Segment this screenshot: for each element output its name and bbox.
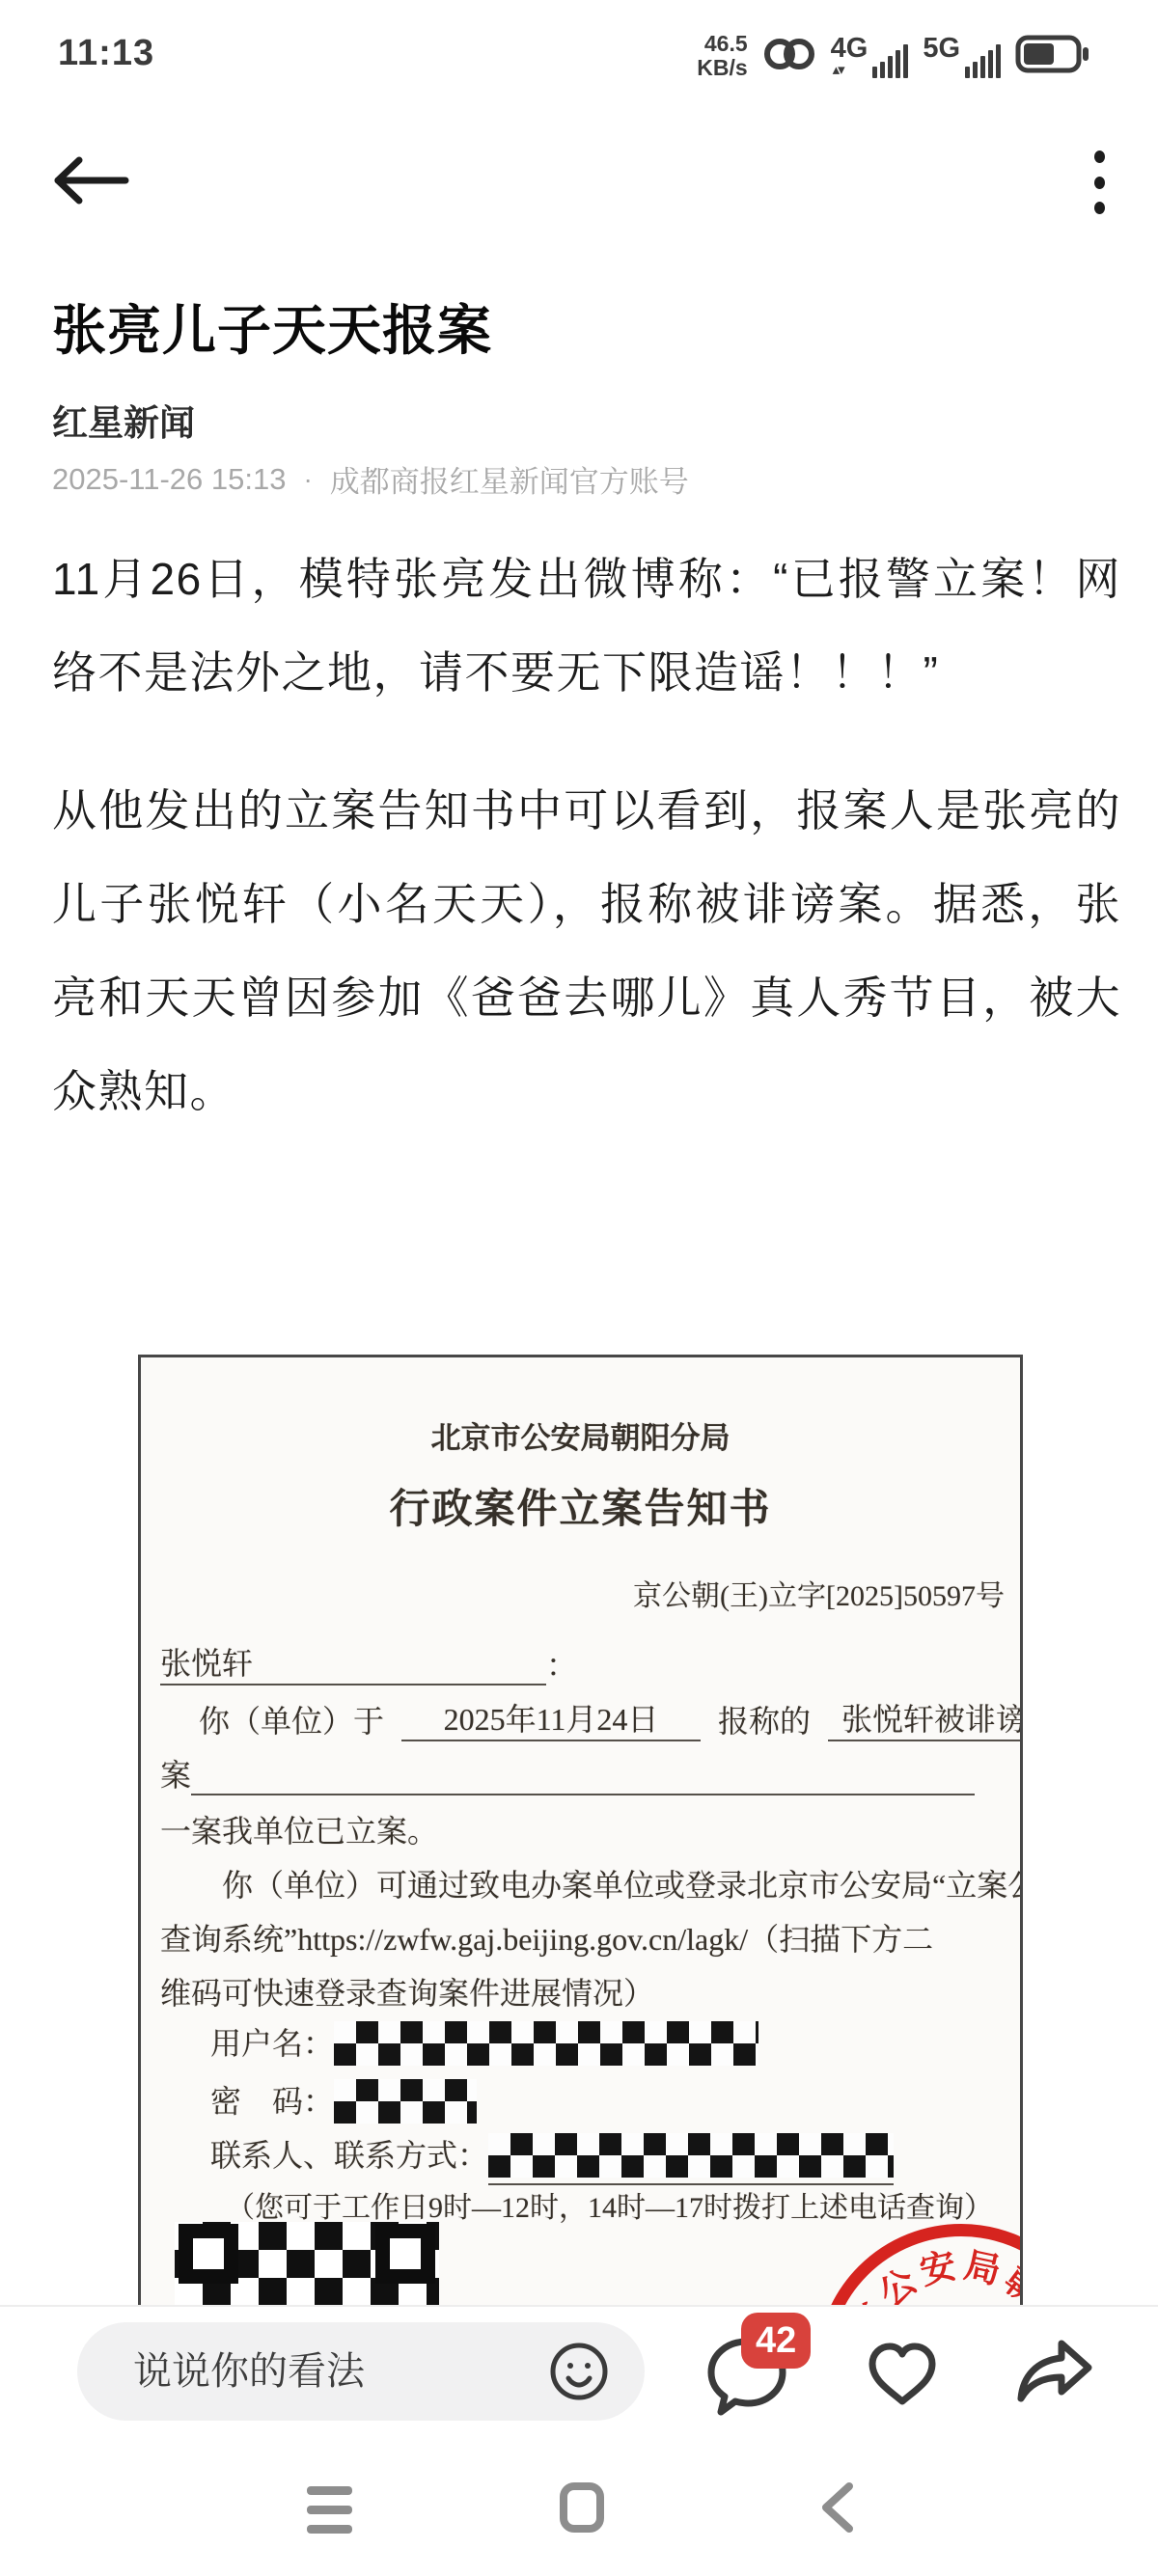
censored-password <box>334 2079 477 2124</box>
article-source[interactable]: 红星新闻 <box>52 394 195 446</box>
qr-code <box>175 2222 439 2306</box>
back-button[interactable] <box>50 154 131 206</box>
doc-body-line: 你（单位）可通过致电办案单位或登录北京市公安局“立案公开 <box>160 1861 1005 1905</box>
recents-button[interactable] <box>307 2486 352 2534</box>
doc-number: 京公朝(王)立字[2025]50597号 <box>160 1572 1005 1614</box>
sim2-signal: 5G <box>923 35 1001 78</box>
article-meta: 2025-11-26 15:13 · 成都商报红星新闻官方账号 <box>52 457 689 501</box>
sim2-network-type: 5G <box>923 35 960 63</box>
back-arrow-icon <box>50 194 131 210</box>
sim1-signal: 4G ▴▾ <box>831 35 909 78</box>
account-name: 成都商报红星新闻官方账号 <box>330 457 689 501</box>
document-photo[interactable]: 北京市公安局朝阳分局 行政案件立案告知书 京公朝(王)立字[2025]50597… <box>138 1355 1023 2306</box>
network-speed-value: 46.5 <box>704 32 748 56</box>
home-button[interactable] <box>560 2482 604 2533</box>
comment-placeholder: 说说你的看法 <box>133 2322 365 2421</box>
sim1-network-type: 4G <box>831 35 868 63</box>
meta-separator: · <box>303 464 312 495</box>
link-rings-icon <box>762 33 816 80</box>
doc-username-label: 用户名： <box>210 2026 334 2061</box>
emoji-button[interactable] <box>548 2341 610 2407</box>
doc-title: 行政案件立案告知书 <box>141 1477 1020 1535</box>
doc-report-line: 你（单位）于2025年11月24日报称的张悦轩被诽谤 <box>199 1695 1005 1741</box>
censored-username <box>334 2021 758 2066</box>
doc-addressee-line: 张悦轩： <box>160 1639 1005 1685</box>
doc-filed-line: 一案我单位已立案。 <box>160 1807 1005 1851</box>
doc-body-line: 维码可快速登录查询案件进展情况） <box>160 1969 1005 2014</box>
article-body: 11月26日，模特张亮发出微博称：“已报警立案！网络不是法外之地，请不要无下限造… <box>52 533 1121 1183</box>
share-button[interactable] <box>1015 2338 1096 2416</box>
article-title: 张亮儿子天天报案 <box>52 297 1123 365</box>
doc-body-line: 查询系统”https://zwfw.gaj.beijing.gov.cn/lag… <box>160 1915 1005 1959</box>
doc-addressee-name: 张悦轩 <box>160 1639 546 1685</box>
doc-agency: 北京市公安局朝阳分局 <box>141 1413 1020 1457</box>
doc-case-cont: 案 <box>160 1758 191 1793</box>
status-time: 11:13 <box>58 33 154 74</box>
battery-icon <box>1015 35 1090 78</box>
publish-time: 2025-11-26 15:13 <box>52 462 286 497</box>
status-icons: 46.5 KB/s 4G ▴▾ 5G <box>697 25 1090 87</box>
doc-username-row: 用户名： <box>210 2019 1005 2066</box>
share-icon <box>1015 2398 1096 2415</box>
network-speed: 46.5 KB/s <box>697 32 747 80</box>
doc-case-cont-line: 案 <box>160 1751 1005 1795</box>
network-speed-unit: KB/s <box>697 56 747 80</box>
nav-back-button[interactable] <box>816 2482 859 2537</box>
doc-password-row: 密 码： <box>210 2077 1005 2124</box>
signal-bars-icon <box>965 43 1001 78</box>
doc-contact-label: 联系人、联系方式： <box>210 2138 488 2173</box>
doc-line1-mid: 报称的 <box>718 1704 811 1739</box>
comment-bubble-icon <box>703 2408 791 2425</box>
doc-line1-prefix: 你（单位）于 <box>199 1704 384 1739</box>
comment-bar: 说说你的看法 42 <box>0 2305 1158 2467</box>
red-stamp-icon: 市 公 安 局 朝 阳 <box>816 2224 1023 2306</box>
doc-contact-row: 联系人、联系方式： <box>210 2131 1005 2185</box>
heart-icon <box>867 2395 938 2411</box>
comment-input[interactable]: 说说你的看法 <box>77 2322 645 2421</box>
doc-addressee-colon: ： <box>546 1648 577 1683</box>
doc-hours-note: （您可于工作日9时—12时，14时—17时拨打上述电话查询） <box>226 2183 1005 2226</box>
paragraph: 11月26日，模特张亮发出微博称：“已报警立案！网络不是法外之地，请不要无下限造… <box>52 533 1121 720</box>
censored-contact <box>488 2133 894 2178</box>
comment-count-badge: 42 <box>741 2313 811 2369</box>
like-button[interactable] <box>867 2342 938 2412</box>
more-options-button[interactable] <box>1094 151 1108 214</box>
doc-report-date: 2025年11月24日 <box>401 1695 701 1741</box>
android-nav-bar <box>0 2467 1158 2576</box>
doc-password-label: 密 码： <box>210 2084 334 2119</box>
paragraph: 从他发出的立案告知书中可以看到，报案人是张亮的儿子张悦轩（小名天天），报称被诽谤… <box>52 764 1121 1138</box>
data-activity-icon: ▴▾ <box>833 61 843 78</box>
doc-case-name: 张悦轩被诽谤 <box>828 1695 1023 1741</box>
signal-bars-icon <box>872 43 908 78</box>
